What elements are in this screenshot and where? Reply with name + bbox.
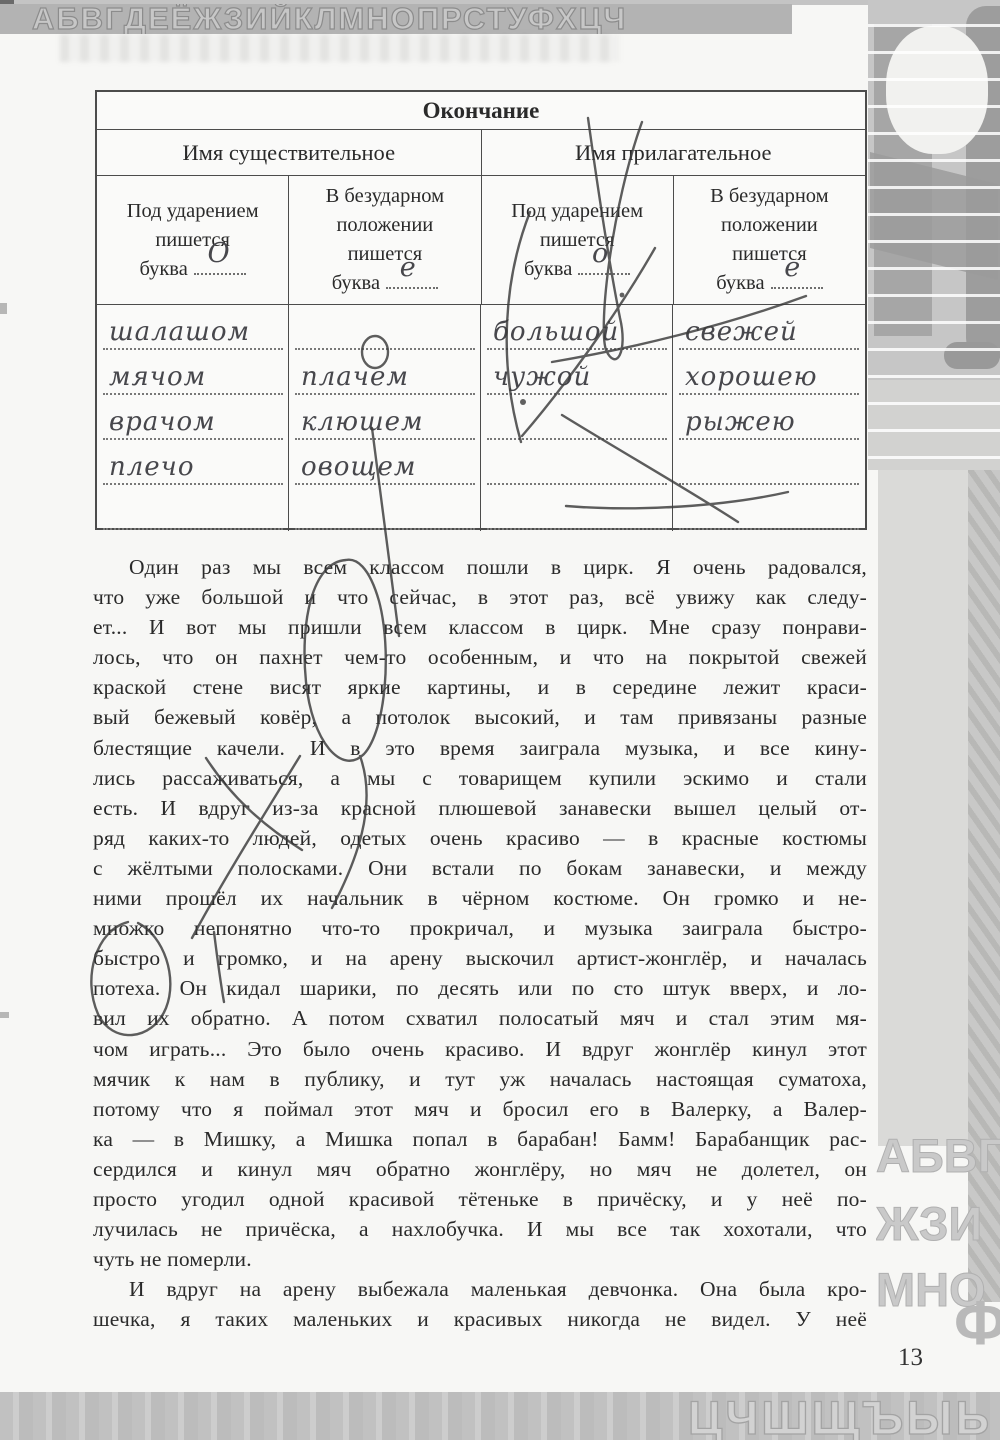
right-margin-strip <box>878 470 968 1146</box>
table-cell <box>295 305 475 350</box>
text-line: вил их обратно. А потом схватил полосаты… <box>93 1003 867 1033</box>
table-cell: рыжею <box>679 395 859 440</box>
ornament-lines <box>868 0 1000 470</box>
table-cell <box>103 485 283 530</box>
text-line: мячик к нам в публику, и тут уж началась… <box>93 1064 867 1094</box>
text-line: что уже большой и что сейчас, в этот раз… <box>93 582 867 612</box>
text-line: ними прошёл их начальник в чёрном костюм… <box>93 883 867 913</box>
text-line: просто угодил одной красивой тётеньке в … <box>93 1184 867 1214</box>
table-header-row: Под ударением пишется букваО В безударно… <box>97 176 865 305</box>
text-line: сердился и кинул мяч обратно жонглёру, н… <box>93 1154 867 1184</box>
handwritten-letter: е <box>784 253 800 282</box>
text-line: ет... И вот мы пришли всем классом в цир… <box>93 612 867 642</box>
table-title: Окончание <box>97 92 865 130</box>
alphabet-bottom-band: ЦЧШЩЪЫЬ <box>0 1392 1000 1440</box>
text-line: шечка, я таких маленьких и красивых нико… <box>93 1304 867 1334</box>
table-cell: чужой <box>487 350 667 395</box>
table-cell <box>679 440 859 485</box>
alphabet-top-letters: АБВГДЕЁЖЗИЙКЛМНОПРСТУФХЦЧ <box>0 4 792 34</box>
text-line: Один раз мы всем классом пошли в цирк. Я… <box>93 552 867 582</box>
table-cell: хорошею <box>679 350 859 395</box>
handwritten-letter: О <box>208 239 230 268</box>
margin-letters: ЖЗИ <box>876 1196 1000 1251</box>
table-cell: овощем <box>295 440 475 485</box>
text-line: быстро и громко, и на арену выскочил арт… <box>93 943 867 973</box>
table-body: шалашом мячом врачом плечо плачем клюшем… <box>97 305 865 531</box>
column-header: Под ударением пишется букваО <box>97 176 288 304</box>
workbook-page: АБВГДЕЁЖЗИЙКЛМНОПРСТУФХЦЧ АБВГ ЖЗИ МНО Ф… <box>0 0 1000 1440</box>
handwritten-letter: е <box>400 253 416 282</box>
alphabet-band-smudge <box>60 34 620 62</box>
text-line: множко непонятно что-то прокричал, и муз… <box>93 913 867 943</box>
text-line: вый бежевый ковёр, а потолок высокий, и … <box>93 702 867 732</box>
text-line: ряд каких-то людей, одетых очень красиво… <box>93 823 867 853</box>
table-column: плачем клюшем овощем <box>288 305 481 531</box>
text-line: потеха. Он кидал шарики, по десять или п… <box>93 973 867 1003</box>
column-header: Под ударением пишется буквао <box>481 176 673 304</box>
text-line: с жёлтыми полосками. Они встали по бокам… <box>93 853 867 883</box>
text-line: блестящие качели. И в это время заиграла… <box>93 733 867 763</box>
text-line: краской стене висят яркие картины, и в с… <box>93 672 867 702</box>
story-text: Один раз мы всем классом пошли в цирк. Я… <box>93 552 867 1334</box>
table-cell: плечо <box>103 440 283 485</box>
table-column: большой чужой <box>480 305 673 531</box>
page-number: 13 <box>898 1344 923 1372</box>
alphabet-top-band: АБВГДЕЁЖЗИЙКЛМНОПРСТУФХЦЧ <box>0 4 792 34</box>
right-margin-ornament <box>868 0 1000 470</box>
text-line: лись рассаживаться, а мы с товарищем куп… <box>93 763 867 793</box>
group-header-noun: Имя существительное <box>97 130 481 175</box>
text-line: чом играть... Это было очень красиво. И … <box>93 1034 867 1064</box>
table-cell: мячом <box>103 350 283 395</box>
group-header-adjective: Имя прилагательное <box>481 130 866 175</box>
margin-letter-f: Ф <box>954 1288 1000 1359</box>
handwritten-letter: о <box>592 239 608 268</box>
table-column: шалашом мячом врачом плечо <box>97 305 289 531</box>
text-line: лось, что он пахнет чем-то особенным, и … <box>93 642 867 672</box>
table-cell <box>487 440 667 485</box>
table-cell <box>487 485 667 530</box>
table-cell <box>679 485 859 530</box>
table-cell: клюшем <box>295 395 475 440</box>
table-cell: шалашом <box>103 305 283 350</box>
column-header: В безударном положении пишется буквае <box>673 176 865 304</box>
table-cell <box>487 395 667 440</box>
alphabet-bottom-letters: ЦЧШЩЪЫЬ <box>0 1392 1000 1440</box>
table-group-row: Имя существительное Имя прилагательное <box>97 130 865 176</box>
text-line: потому что я поймал этот мяч и бросил ег… <box>93 1094 867 1124</box>
text-line: чуть не померли. <box>93 1244 867 1274</box>
text-line: ка — в Мишку, а Мишка попал в барабан! Б… <box>93 1124 867 1154</box>
column-header: В безударном положении пишется буквае <box>288 176 480 304</box>
text-line: И вдруг на арену выбежала маленькая девч… <box>93 1274 867 1304</box>
table-cell: свежей <box>679 305 859 350</box>
table-cell: плачем <box>295 350 475 395</box>
table-cell: большой <box>487 305 667 350</box>
scan-speck <box>0 303 7 314</box>
endings-table: Окончание Имя существительное Имя прилаг… <box>95 90 867 530</box>
table-cell: врачом <box>103 395 283 440</box>
scan-speck <box>0 1012 9 1018</box>
margin-letters: АБВГ <box>876 1128 1000 1183</box>
text-line: лучилась не причёска, а нахлобучка. И мы… <box>93 1214 867 1244</box>
table-cell <box>295 485 475 530</box>
table-column: свежей хорошею рыжею <box>672 305 865 531</box>
text-line: есть. И вдруг из-за красной плюшевой зан… <box>93 793 867 823</box>
